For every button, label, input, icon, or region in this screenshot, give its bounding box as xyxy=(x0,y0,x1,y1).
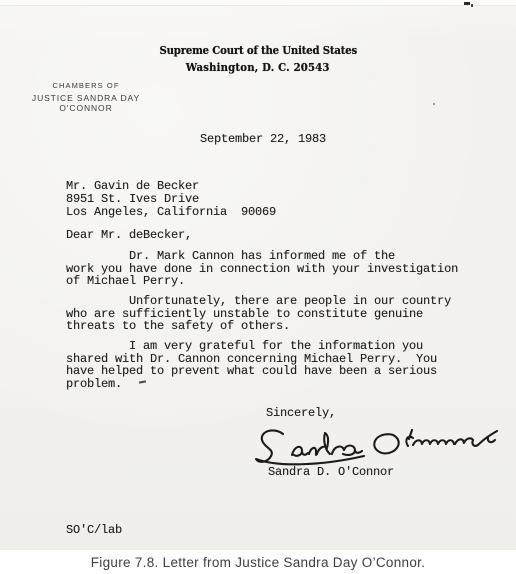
letter-date: September 22, 1983 xyxy=(200,133,326,146)
letterhead-court-name: Supreme Court of the United States xyxy=(0,41,516,59)
scan-edge-strip xyxy=(0,0,516,6)
closing-line: Sincerely, xyxy=(266,407,336,420)
figure-page: Supreme Court of the United States Washi… xyxy=(0,0,516,574)
figure-caption: Figure 7.8. Letter from Justice Sandra D… xyxy=(91,555,426,570)
typed-signature-name: Sandra D. O'Connor xyxy=(268,466,394,479)
figure-caption-bar: Figure 7.8. Letter from Justice Sandra D… xyxy=(0,550,516,574)
letterhead-city-line-text: Washington, D. C. 20543 xyxy=(186,60,330,74)
body-paragraph-1: Dr. Mark Cannon has informed me of the w… xyxy=(66,250,458,288)
letterhead-court-name-text: Supreme Court of the United States xyxy=(159,43,357,57)
salutation: Dear Mr. deBecker, xyxy=(66,229,192,242)
scanned-letter-paper: Supreme Court of the United States Washi… xyxy=(0,0,516,551)
typist-reference: SO'C/lab xyxy=(66,524,122,537)
signature-svg xyxy=(250,426,502,468)
signature-image xyxy=(250,426,502,468)
justice-name-label: JUSTICE SANDRA DAY O'CONNOR xyxy=(6,93,166,113)
scan-artifact-speck xyxy=(471,4,473,7)
chambers-of-label: CHAMBERS OF xyxy=(6,81,166,90)
recipient-address: Mr. Gavin de Becker 8951 St. Ives Drive … xyxy=(66,180,276,219)
letterhead-city-line: Washington, D. C. 20543 xyxy=(0,58,516,76)
chambers-block: CHAMBERS OF JUSTICE SANDRA DAY O'CONNOR xyxy=(6,81,166,113)
scan-artifact-speck xyxy=(464,2,470,5)
body-paragraph-3: I am very grateful for the information y… xyxy=(66,340,437,390)
body-paragraph-2: Unfortunately, there are people in our c… xyxy=(66,295,451,333)
scan-artifact-dot xyxy=(433,103,435,105)
